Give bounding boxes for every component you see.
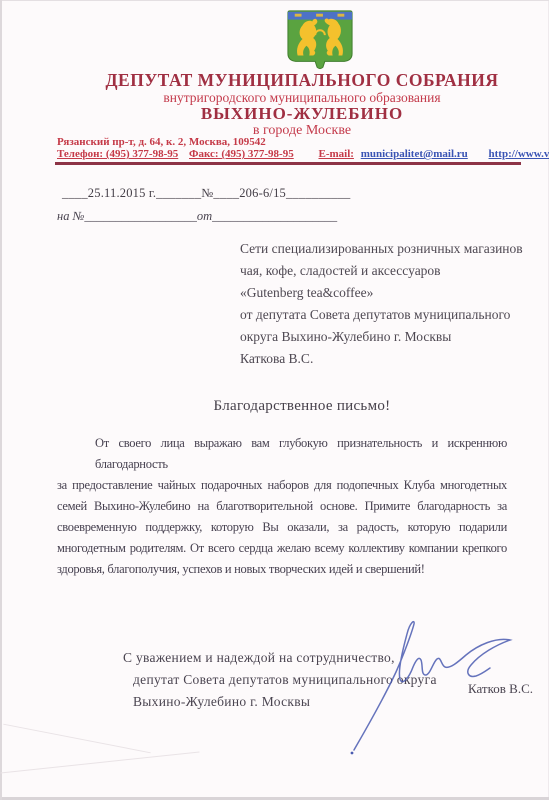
recipient-line: от депутата Совета депутатов муниципальн… (240, 304, 523, 326)
phone-number: Телефон: (495) 377-98-95 (57, 148, 178, 160)
fax-number: Факс: (495) 377-98-95 (189, 148, 294, 160)
recipient-line: чая, кофе, сладостей и аксессуаров (240, 260, 523, 282)
letterhead-divider (55, 162, 521, 165)
emblem-band-ornament (316, 14, 323, 17)
paper-crease (3, 724, 150, 754)
emblem-band-ornament (338, 14, 345, 17)
coat-of-arms-icon (285, 8, 355, 70)
org-title: ДЕПУТАТ МУНИЦИПАЛЬНОГО СОБРАНИЯ (56, 70, 548, 91)
letter-title: Благодарственное письмо! (56, 398, 548, 415)
paper-crease (0, 752, 199, 774)
website-link: http://www.vihyno.org (489, 148, 549, 160)
email-label: E-mail: (318, 148, 353, 160)
email-link: municipalitet@mail.ru (361, 148, 468, 160)
body-line: От своего лица выражаю вам глубокую приз… (57, 433, 507, 475)
recipient-block: Сети специализированных розничных магази… (240, 238, 523, 370)
body-line: здоровья, благополучия, успехов и новых … (57, 559, 507, 580)
recipient-line: Сети специализированных розничных магази… (240, 238, 523, 260)
body-line: своевременную поддержку, которую Вы оказ… (57, 517, 507, 538)
recipient-line: Каткова В.С. (240, 348, 523, 370)
signature-ink-dot (351, 752, 354, 755)
body-line: за предоставление чайных подарочных набо… (57, 475, 507, 496)
body-line: семей Выхино-Жулебино на благотворительн… (57, 496, 507, 517)
recipient-line: округа Выхино-Жулебино г. Москвы (240, 326, 523, 348)
date-number-line: ____25.11.2015 г._______№____206-6/15___… (62, 186, 350, 201)
scanned-letter-page: ДЕПУТАТ МУНИЦИПАЛЬНОГО СОБРАНИЯ внутриго… (0, 0, 549, 800)
emblem-band-ornament (295, 14, 302, 17)
body-line: многодетным родителям. От всего сердца ж… (57, 538, 507, 559)
signer-name: Катков В.С. (468, 681, 533, 697)
reply-reference-line: на №__________________от________________… (57, 209, 337, 224)
letter-body: От своего лица выражаю вам глубокую приз… (57, 433, 507, 580)
org-name: ВЫХИНО-ЖУЛЕБИНО (56, 104, 548, 124)
recipient-line: «Gutenberg tea&coffee» (240, 282, 523, 304)
org-address: Рязанский пр-т, д. 64, к. 2, Москва, 109… (57, 136, 266, 148)
contact-line: Телефон: (495) 377-98-95 Факс: (495) 377… (57, 148, 549, 160)
